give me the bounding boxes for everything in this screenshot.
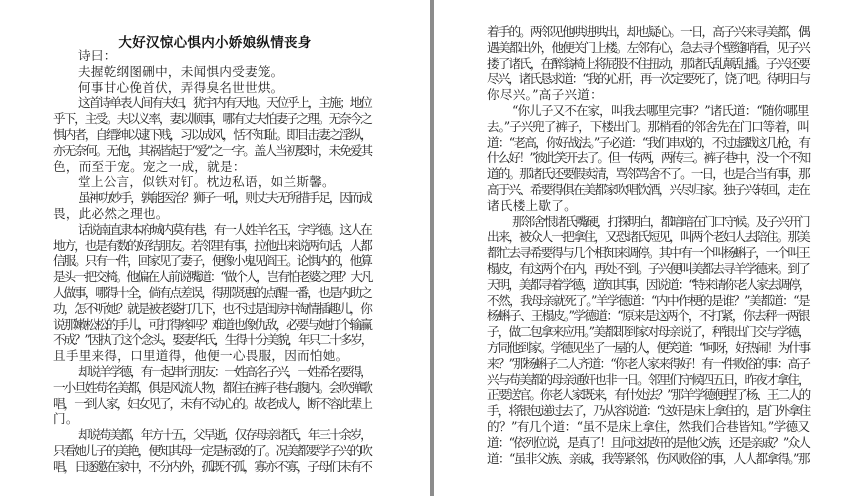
text-line: 天明，美都寻着学德，道知其事，因说道：“特来请你老人家去调停， (487, 277, 809, 293)
text-line: 功，怎不听她？就是被老婆打几下，也不过是闺房中淘情插趣儿，你 (53, 301, 371, 317)
text-line: 堂上公言，似铁对钉。枕边私语，如兰斯馨。 (53, 174, 371, 190)
text-line: 话说南直隶本府城内莫有巷，有一人姓羊名玉，字学德。这人在 (53, 222, 371, 238)
text-line: 色，而至于宠。宠之一成，就是： (53, 159, 371, 175)
text-line: 且手里来得，口里道得，他便一心畏服，因而怕她。 (53, 348, 371, 364)
text-line: 门。 (53, 411, 371, 427)
text-line: 亦无奈何。无他，其祸皆起于“爱”之一字。盖人当初娶时，未免爱其 (53, 143, 371, 159)
text-line: 来？”那杨蝌子二人齐道：“你老人家来得好！有一件败俗的事：高子 (487, 356, 809, 372)
text-line: 兴与苟美都的母亲通奸也非一日。邻里们守候四五日，昨夜才拿住， (487, 372, 809, 388)
text-line: 道：“依列位说，是真了！且问这捉奸的是他父族，还是亲戚？”众人 (487, 435, 809, 451)
text-line: 道的。那诸氏还要假卖清，骂邻骂舍不了。一日，也是合当有事，那 (487, 166, 809, 182)
text-line: 尽兴，诸氏恳求道：“我的心肝，再一次定要死了，饶了吧。待明日与 (487, 71, 809, 87)
text-line: 正要送官。你老人家既来，有什处法？”那羊学德便捏了杨、王二人的 (487, 387, 809, 403)
text-line: 手，将银包递过去了，乃从容说道：“这奸是床上拿住的，是门外拿住 (487, 403, 809, 419)
text-line: 唱，日逐邀在家中，不分内外，孤既不孤，寡亦不寡，子母们未有不 (53, 459, 371, 475)
text-line: 何事甘心俛首伏，弄得臭名世世烘。 (53, 80, 371, 96)
text-line: 人做事，哪得十全，倘有点差误，得那贤惠的点醒一番，也是内助之 (53, 285, 371, 301)
text-line: 都忙去寻希要得与几个相知来调停。其中有一个叫杨蝌子，一个叫王 (487, 245, 809, 261)
text-line: 去。”子兴兜了裤子，下楼出门。那梢看的邻舍先在门口等着，叫 (487, 119, 809, 135)
text-line: 方同他到家。学德见坐了一屋的人，便笑道：“呵呀，好热闹！为什事 (487, 340, 809, 356)
text-line: 不成？”因执了这个念头，娶妻华氏，生得十分美貌，年只二十多岁， (53, 332, 371, 348)
text-line: 惧内者，自缙绅以逮下贱，习以成风，恬不知耻。即目击妻之淫纵， (53, 127, 371, 143)
text-line: 唱，一到人家，妇女见了，未有不动心的。故老成人，断不容此辈上 (53, 396, 371, 412)
text-line: 遇美都出外，他便关门上楼。左邻有心，急去寻个壁缝哨看，见子兴 (487, 40, 809, 56)
text-line: 高于兴、希要得俱在美都家吹唱饮酒，兴尽归家。独子兴转回，走在 (487, 182, 809, 198)
text-line: 信服。只有一件，回家见了妻子，便像小鬼见阎王。论惧内的，他算 (53, 253, 371, 269)
text-line: 地方，也是有数的好结朋友。若邻里有事，拉他出来说两句话，人都 (53, 238, 371, 254)
text-line: 却说苟美都，年方十五，父早逝，仅存母亲诸氏，年三十余岁， (53, 427, 371, 443)
text-line: 是头一把交椅。他偏在人前说嘴道：“做个人，岂有怕老婆之理？大凡 (53, 269, 371, 285)
text-line: 道：“虽非父族、亲戚，我等紧邻，伤风败俗的事，人人都拿得。”那 (487, 451, 809, 467)
text-line: 榻皮，有这两个在内，再处不到。子兴便叫美都去寻羊学德来。到了 (487, 261, 809, 277)
text-line: 诗曰： (53, 48, 371, 64)
text-line: 却说羊学德，有一起串行朋友：一姓高名子兴，一姓希名要得， (53, 364, 371, 380)
text-line: 夫握乾纲图硎中，未闻惧内受妻笼。 (53, 64, 371, 80)
text-line: 道：“老高，你好战法。”子必道：“我们串戏的，不过虚戳这几枪，有 (487, 135, 809, 151)
text-line: 虽神功妙手，孰能医治？狮子一吼，则丈夫无所措手足，因而成 (53, 190, 371, 206)
text-line: 畏，此必然之理也。 (53, 206, 371, 222)
text-line: 你尽兴。”高子兴道： (487, 87, 809, 103)
text-line: 说那嫩松松的手儿，可打得疼吗？难道也像仇敌，必要与她打个输赢 (53, 317, 371, 333)
text-line: 这首诗单表人间有夫妇，犹宇内有天地。天位乎上，主施；地位 (53, 95, 371, 111)
text-line: 乎下，主受。夫以义率，妻以顺事，哪有丈夫怕妻子之理。无奈今之 (53, 111, 371, 127)
text-line: 搂了诸氏，在醉翁椅上将屁股不住扭动，那诸氏乱颠乱播。子兴还要 (487, 56, 809, 72)
text-line: 诸氏楼上歇了。 (487, 198, 809, 214)
right-page-body: 着手的。两邻见他哄进哄出，却也疑心。一日，高子兴来寻美都，偶遇美都出外，他便关门… (487, 24, 809, 466)
text-line: “你儿子又不在家，叫我去哪里完事？”诸氏道：“随你哪里 (487, 103, 809, 119)
text-line: 子，做二包拿来应用。”美都即到家对母亲说了，秤银出门交与学德， (487, 324, 809, 340)
text-line: 只看她儿子的美艳，便知其母一定是标致的了。况美都要学子兴的吹 (53, 443, 371, 459)
text-line: 出来，被众人一把拿住，又恐诸氏短见，叫两个老妇人去陪住。那美 (487, 229, 809, 245)
text-line: 杨蝌子、王榻皮。”学德道：“原来是这两个，不打紧，你去秤一两银 (487, 308, 809, 324)
text-line: 一小旦姓苟名美都，俱是风流人物，都住在裤子巷右腹内。会吹弹歌 (53, 380, 371, 396)
left-page-body: 诗曰：夫握乾纲图硎中，未闻惧内受妻笼。何事甘心俛首伏，弄得臭名世世烘。这首诗单表… (53, 48, 371, 475)
right-page: 着手的。两邻见他哄进哄出，却也疑心。一日，高子兴来寻美都，偶遇美都出外，他便关门… (434, 0, 864, 496)
text-line: 着手的。两邻见他哄进哄出，却也疑心。一日，高子兴来寻美都，偶 (487, 24, 809, 40)
text-line: 什么好！”彼此笑开去了。但一传两，两传三。裤子巷中，没一个不知 (487, 150, 809, 166)
text-line: 不然，我母亲就死了。”羊学德道：“内中作梗的是谁？”美都道：“是 (487, 293, 809, 309)
text-line: 的？”有几个道：“虽不是床上拿住，然我们合巷皆知。”学德又 (487, 419, 809, 435)
text-line: 那邻舍恨诸氏嘴硬，打探明白，都暗暗在门口守候。及子兴开门 (487, 214, 809, 230)
left-page: 大好汉惊心惧内小娇娘纵情丧身 诗曰：夫握乾纲图硎中，未闻惧内受妻笼。何事甘心俛首… (0, 0, 430, 496)
